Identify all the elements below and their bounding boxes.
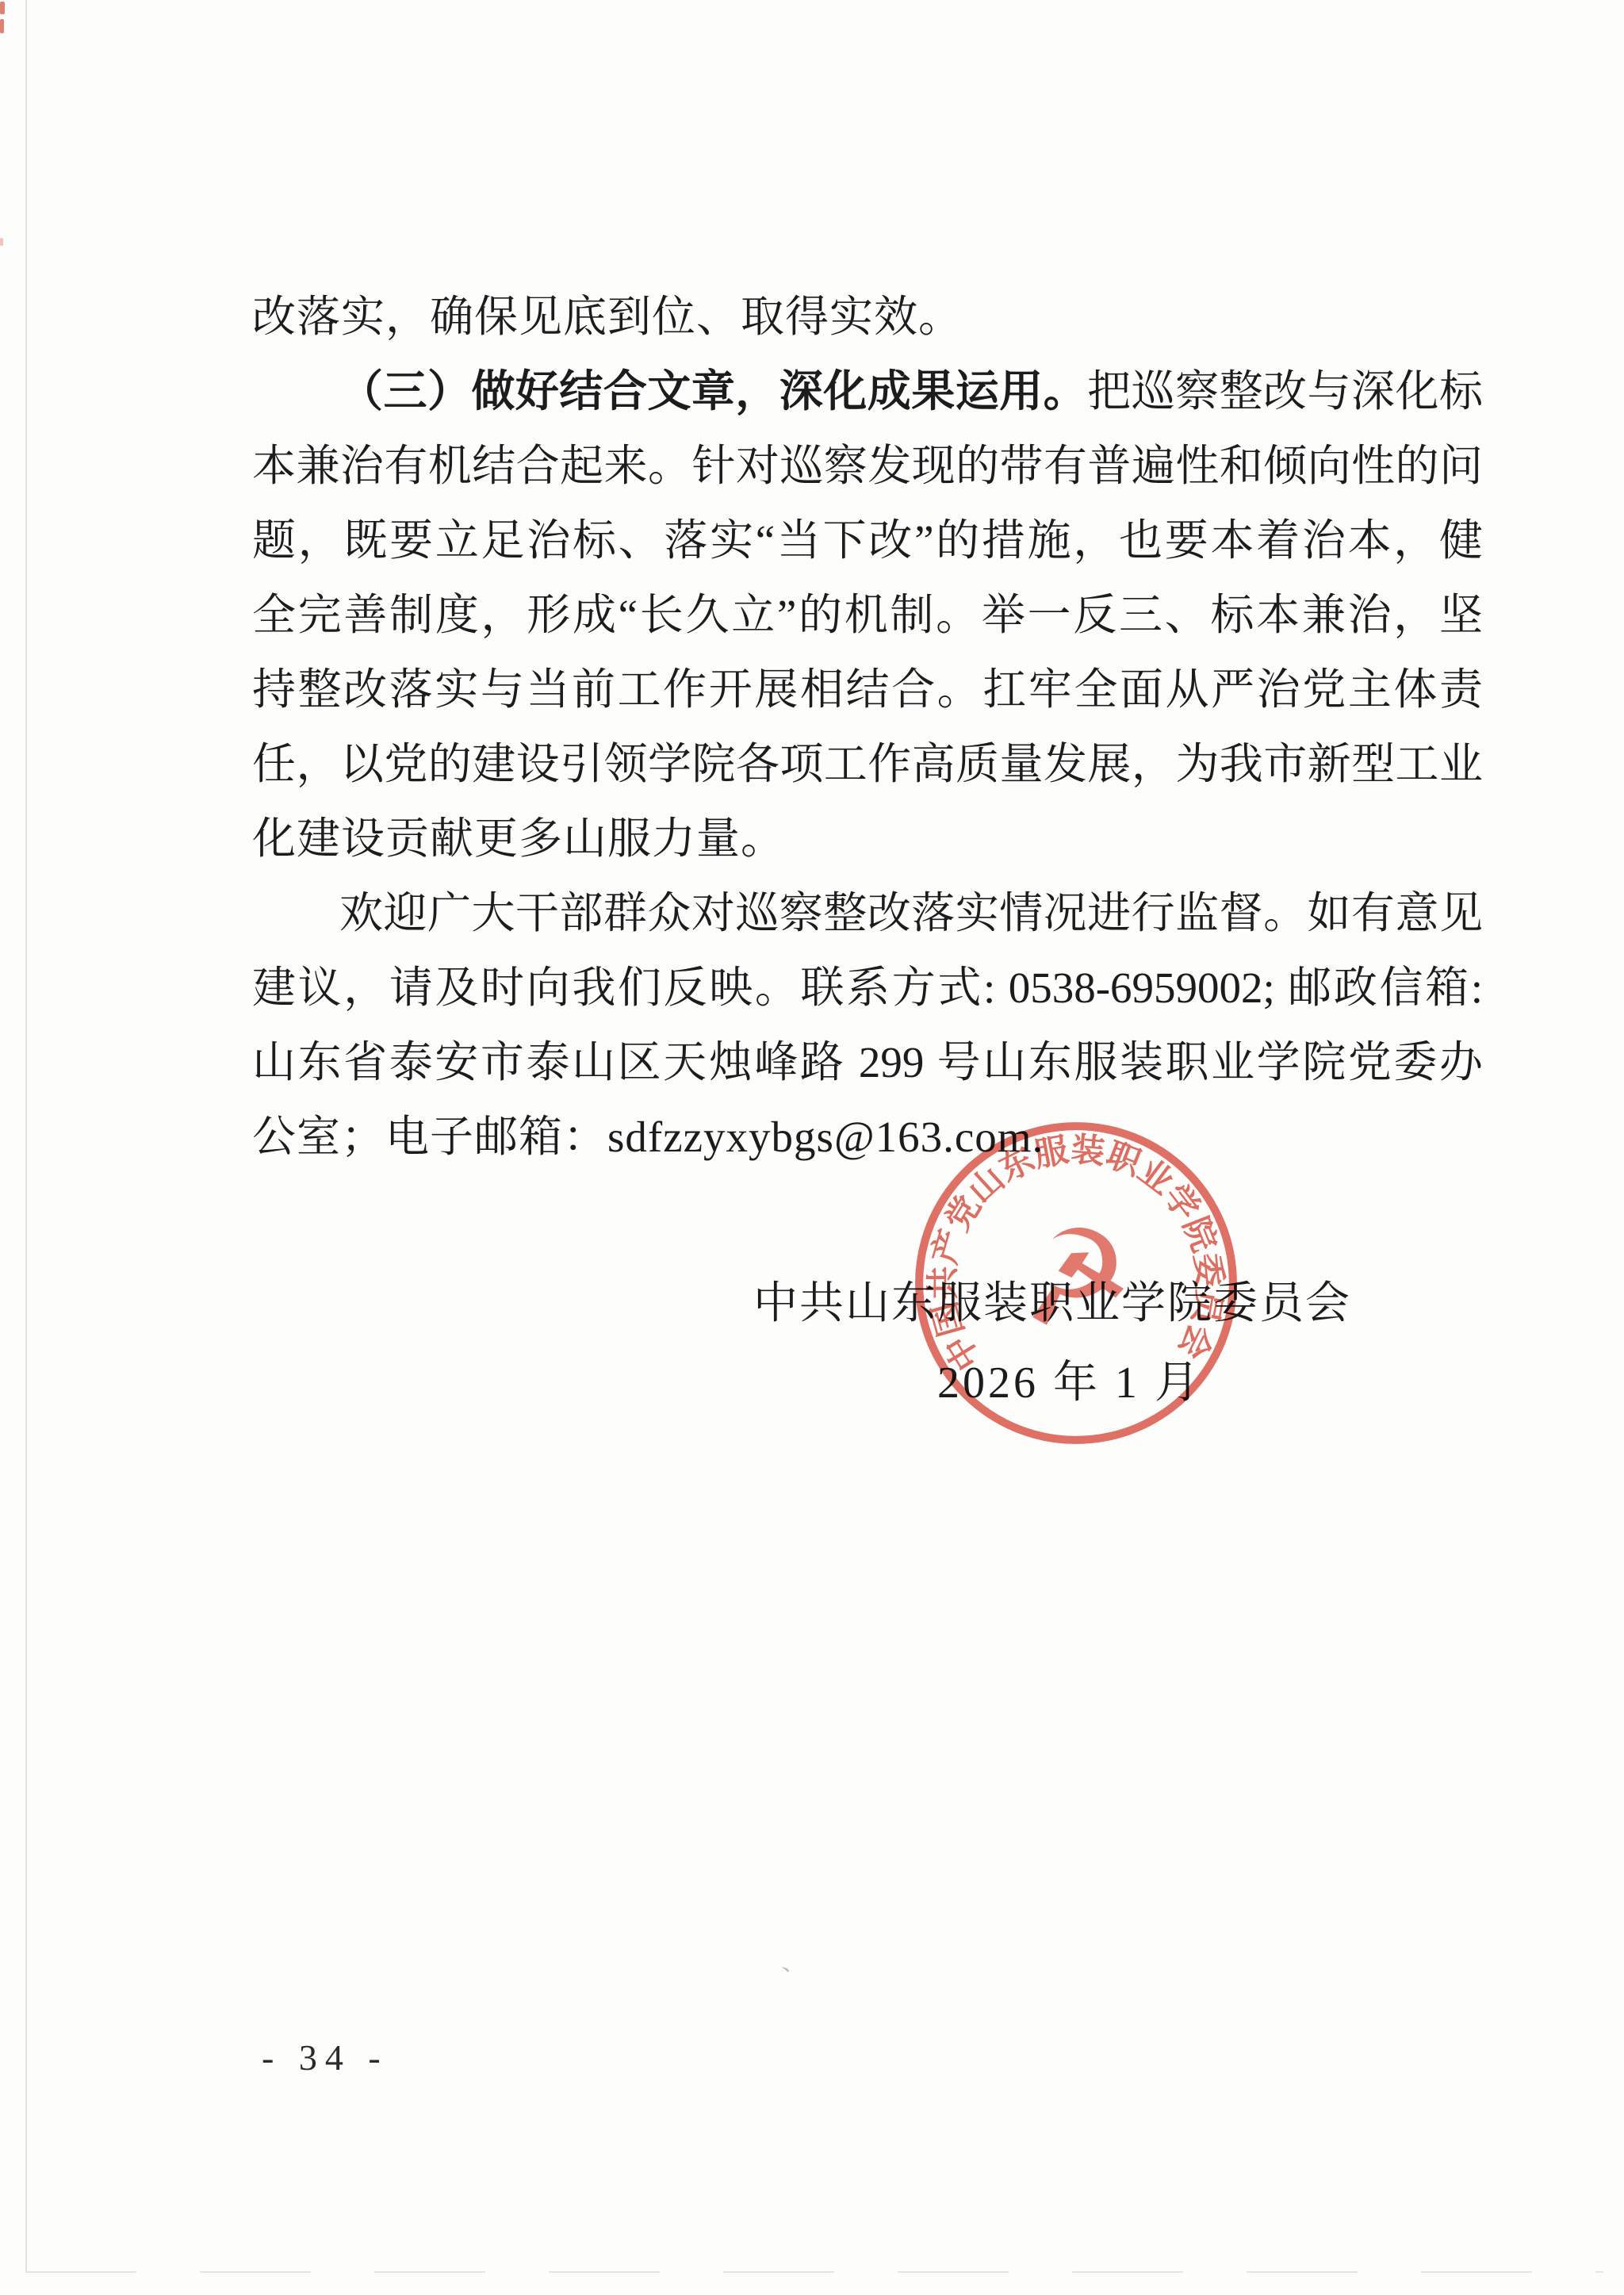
body-line: 本兼治有机结合起来。针对巡察发现的带有普遍性和倾向性的问 bbox=[252, 429, 1483, 504]
body-line: 公室；电子邮箱：sdfzzyxybgs@163.com. bbox=[252, 1100, 1483, 1174]
body-line: 改落实，确保见底到位、取得实效。 bbox=[252, 280, 1483, 354]
body-line: 山东省泰安市泰山区天烛峰路 299 号山东服装职业学院党委办 bbox=[252, 1025, 1483, 1100]
red-edge-mark bbox=[0, 19, 4, 33]
red-edge-mark bbox=[0, 2, 5, 14]
body-line: 任，以党的建设引领学院各项工作高质量发展，为我市新型工业 bbox=[252, 727, 1483, 802]
document-page: 、 改落实，确保见底到位、取得实效。 （三）做好结合文章，深化成果运用。把巡察整… bbox=[0, 0, 1624, 2295]
scan-speck: 、 bbox=[776, 1939, 806, 1978]
body-line: （三）做好结合文章，深化成果运用。把巡察整改与深化标 bbox=[252, 354, 1483, 429]
hammer-sickle-icon: ☭ bbox=[1010, 1197, 1140, 1358]
page-number: - 34 - bbox=[262, 2036, 389, 2079]
scan-edge-horizontal-line bbox=[25, 2271, 1603, 2273]
body-line: 持整改落实与当前工作开展相结合。扛牢全面从严治党主体责 bbox=[252, 653, 1483, 727]
document-body: 改落实，确保见底到位、取得实效。 （三）做好结合文章，深化成果运用。把巡察整改与… bbox=[252, 280, 1483, 1174]
scan-edge-vertical-line bbox=[25, 0, 27, 2273]
body-line: 欢迎广大干部群众对巡察整改落实情况进行监督。如有意见 bbox=[252, 876, 1483, 951]
body-line-rest: 把巡察整改与深化标 bbox=[1087, 367, 1483, 416]
body-line: 题，既要立足治标、落实“当下改”的措施，也要本着治本，健 bbox=[252, 504, 1483, 578]
body-line: 化建设贡献更多山服力量。 bbox=[252, 802, 1483, 876]
paragraph-heading: （三）做好结合文章，深化成果运用。 bbox=[339, 367, 1087, 416]
official-seal: 中国共产党山东服装职业学院委员会 ☭ bbox=[908, 1115, 1244, 1451]
body-line: 全完善制度，形成“长久立”的机制。举一反三、标本兼治，坚 bbox=[252, 578, 1483, 653]
red-edge-mark bbox=[0, 238, 3, 246]
body-line: 建议，请及时向我们反映。联系方式: 0538-6959002; 邮政信箱: bbox=[252, 951, 1483, 1025]
